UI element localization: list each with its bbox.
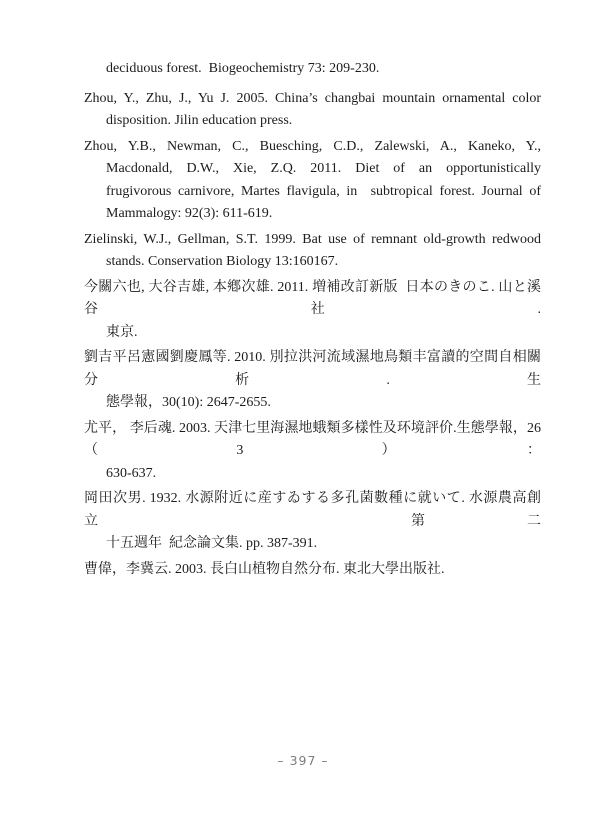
references-list: deciduous forest. Biogeochemistry 73: 20… [84,58,541,584]
reference-line: 630-637. [84,463,541,486]
reference-entry: deciduous forest. Biogeochemistry 73: 20… [84,58,541,81]
reference-line: 態學報，30(10): 2647-2655. [84,392,541,415]
reference-line: 東京. [84,322,541,345]
reference-entry: Zielinski, W.J., Gellman, S.T. 1999. Bat… [84,229,541,274]
reference-entry: 今關六也, 大谷吉雄, 本鄕次雄. 2011. 増補改訂新版 日本のきのこ. 山… [84,277,541,345]
reference-line: Mammalogy: 92(3): 611-619. [84,203,541,226]
reference-line: 劉吉平呂憲國劉慶鳳等. 2010. 別拉洪河流域濕地鳥類丰富讀的空間自相關分析.… [84,347,541,392]
page-number: – 397 – [277,753,328,768]
reference-entry: Zhou, Y.B., Newman, C., Buesching, C.D.,… [84,136,541,226]
reference-line: deciduous forest. Biogeochemistry 73: 20… [84,58,541,81]
reference-line: 今關六也, 大谷吉雄, 本鄕次雄. 2011. 増補改訂新版 日本のきのこ. 山… [84,277,541,322]
reference-entry: 尤平， 李后魂. 2003. 天津七里海濕地蛾類多樣性及环境評价.生態學報，26… [84,418,541,486]
reference-line: Zielinski, W.J., Gellman, S.T. 1999. Bat… [84,229,541,252]
reference-line: 十五週年 紀念論文集. pp. 387-391. [84,533,541,556]
page-footer: – 397 – [0,752,606,770]
reference-entry: 曹偉，李冀云. 2003. 長白山植物自然分布. 東北大學出版社. [84,559,541,582]
reference-line: 曹偉，李冀云. 2003. 長白山植物自然分布. 東北大學出版社. [84,559,541,582]
reference-line: frugivorous carnivore, Martes flavigula,… [84,181,541,204]
reference-line: 尤平， 李后魂. 2003. 天津七里海濕地蛾類多樣性及环境評价.生態學報，26… [84,418,541,463]
reference-line: Zhou, Y.B., Newman, C., Buesching, C.D.,… [84,136,541,159]
reference-line: Macdonald, D.W., Xie, Z.Q. 2011. Diet of… [84,158,541,181]
reference-line: stands. Conservation Biology 13:160167. [84,251,541,274]
reference-line: 岡田次男. 1932. 水源附近に産すゐする多孔菌數種に就いて. 水源農高創立 … [84,488,541,533]
document-page: deciduous forest. Biogeochemistry 73: 20… [0,0,606,840]
reference-entry: Zhou, Y., Zhu, J., Yu J. 2005. China’s c… [84,88,541,133]
reference-entry: 岡田次男. 1932. 水源附近に産すゐする多孔菌數種に就いて. 水源農高創立 … [84,488,541,556]
reference-line: Zhou, Y., Zhu, J., Yu J. 2005. China’s c… [84,88,541,111]
reference-entry: 劉吉平呂憲國劉慶鳳等. 2010. 別拉洪河流域濕地鳥類丰富讀的空間自相關分析.… [84,347,541,415]
reference-line: disposition. Jilin education press. [84,110,541,133]
